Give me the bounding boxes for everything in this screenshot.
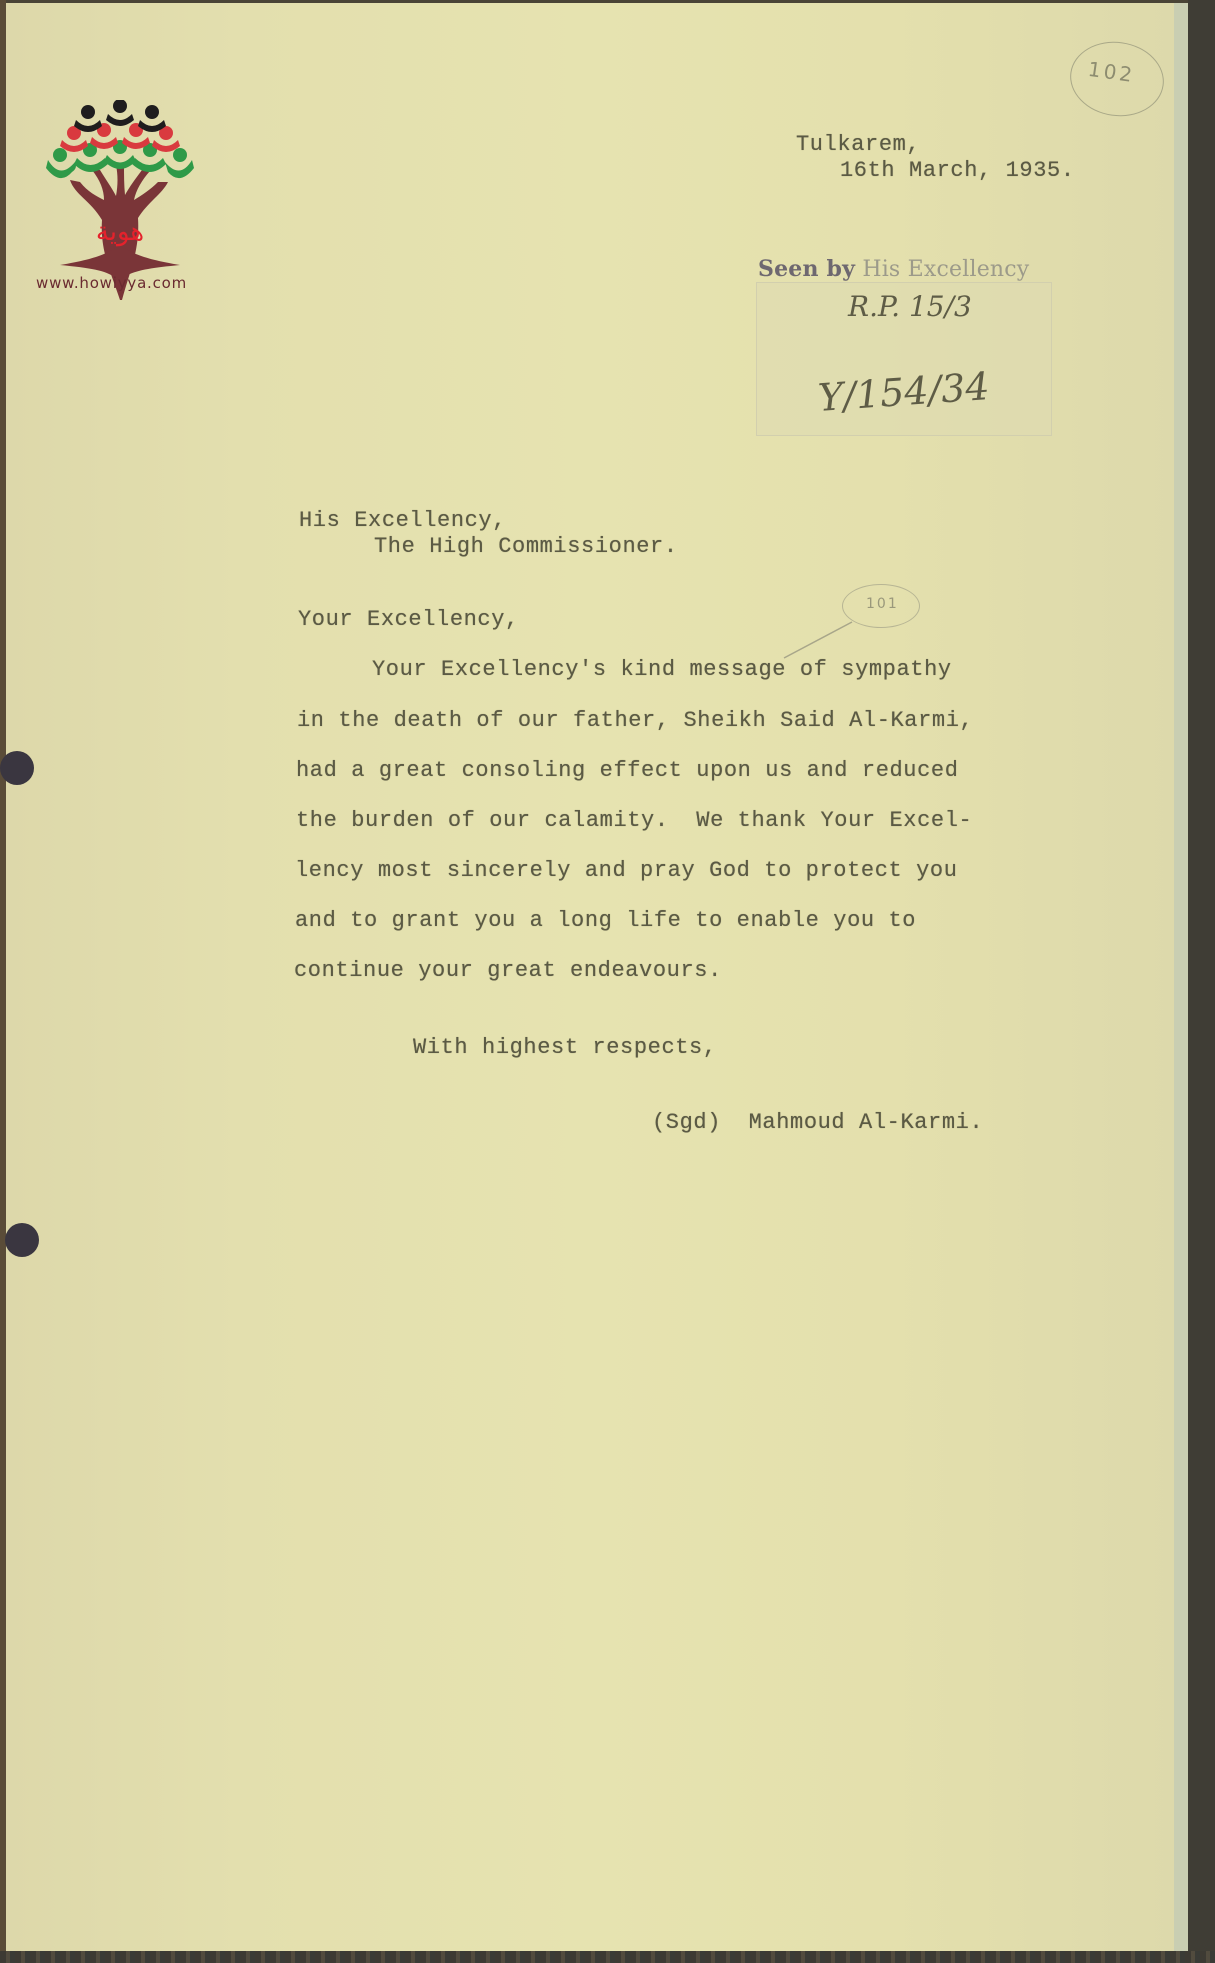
signature: (Sgd) Mahmoud Al-Karmi. xyxy=(652,1110,983,1135)
punch-hole-lower xyxy=(5,1223,39,1257)
body-line: continue your great endeavours. xyxy=(294,958,722,983)
logo-arabic-text: هوية xyxy=(96,217,144,247)
body-line: the burden of our calamity. We thank You… xyxy=(296,808,972,833)
scan-border-right xyxy=(1188,0,1215,1963)
folio-link-line xyxy=(780,620,860,660)
body-line: lency most sincerely and pray God to pro… xyxy=(295,858,958,883)
scan-border-bottom xyxy=(0,1951,1215,1963)
body-line: Your Excellency's kind message of sympat… xyxy=(372,657,952,682)
howiyya-tree-logo-icon: هوية xyxy=(30,100,210,300)
letter-date: 16th March, 1935. xyxy=(840,158,1075,183)
stamp-faded-text: His Excellency xyxy=(862,257,1029,282)
body-line: and to grant you a long life to enable y… xyxy=(295,908,916,933)
stamp-bold-text: Seen by xyxy=(758,256,855,282)
stamp-initials: R.P. 15/3 xyxy=(848,290,972,323)
watermark-url: www.howiyya.com xyxy=(36,274,187,292)
letter-place: Tulkarem, xyxy=(796,132,920,157)
seen-by-stamp: Seen by His Excellency xyxy=(758,256,1029,282)
closing: With highest respects, xyxy=(413,1035,717,1060)
addressee-line-1: His Excellency, xyxy=(299,508,506,533)
addressee-line-2: The High Commissioner. xyxy=(374,534,678,559)
salutation: Your Excellency, xyxy=(298,607,519,632)
body-line: had a great consoling effect upon us and… xyxy=(296,758,959,783)
linked-folio-number: 101 xyxy=(866,596,899,612)
punch-hole-upper xyxy=(0,751,34,785)
page-edge xyxy=(1174,3,1188,1951)
body-line: in the death of our father, Sheikh Said … xyxy=(297,708,973,733)
